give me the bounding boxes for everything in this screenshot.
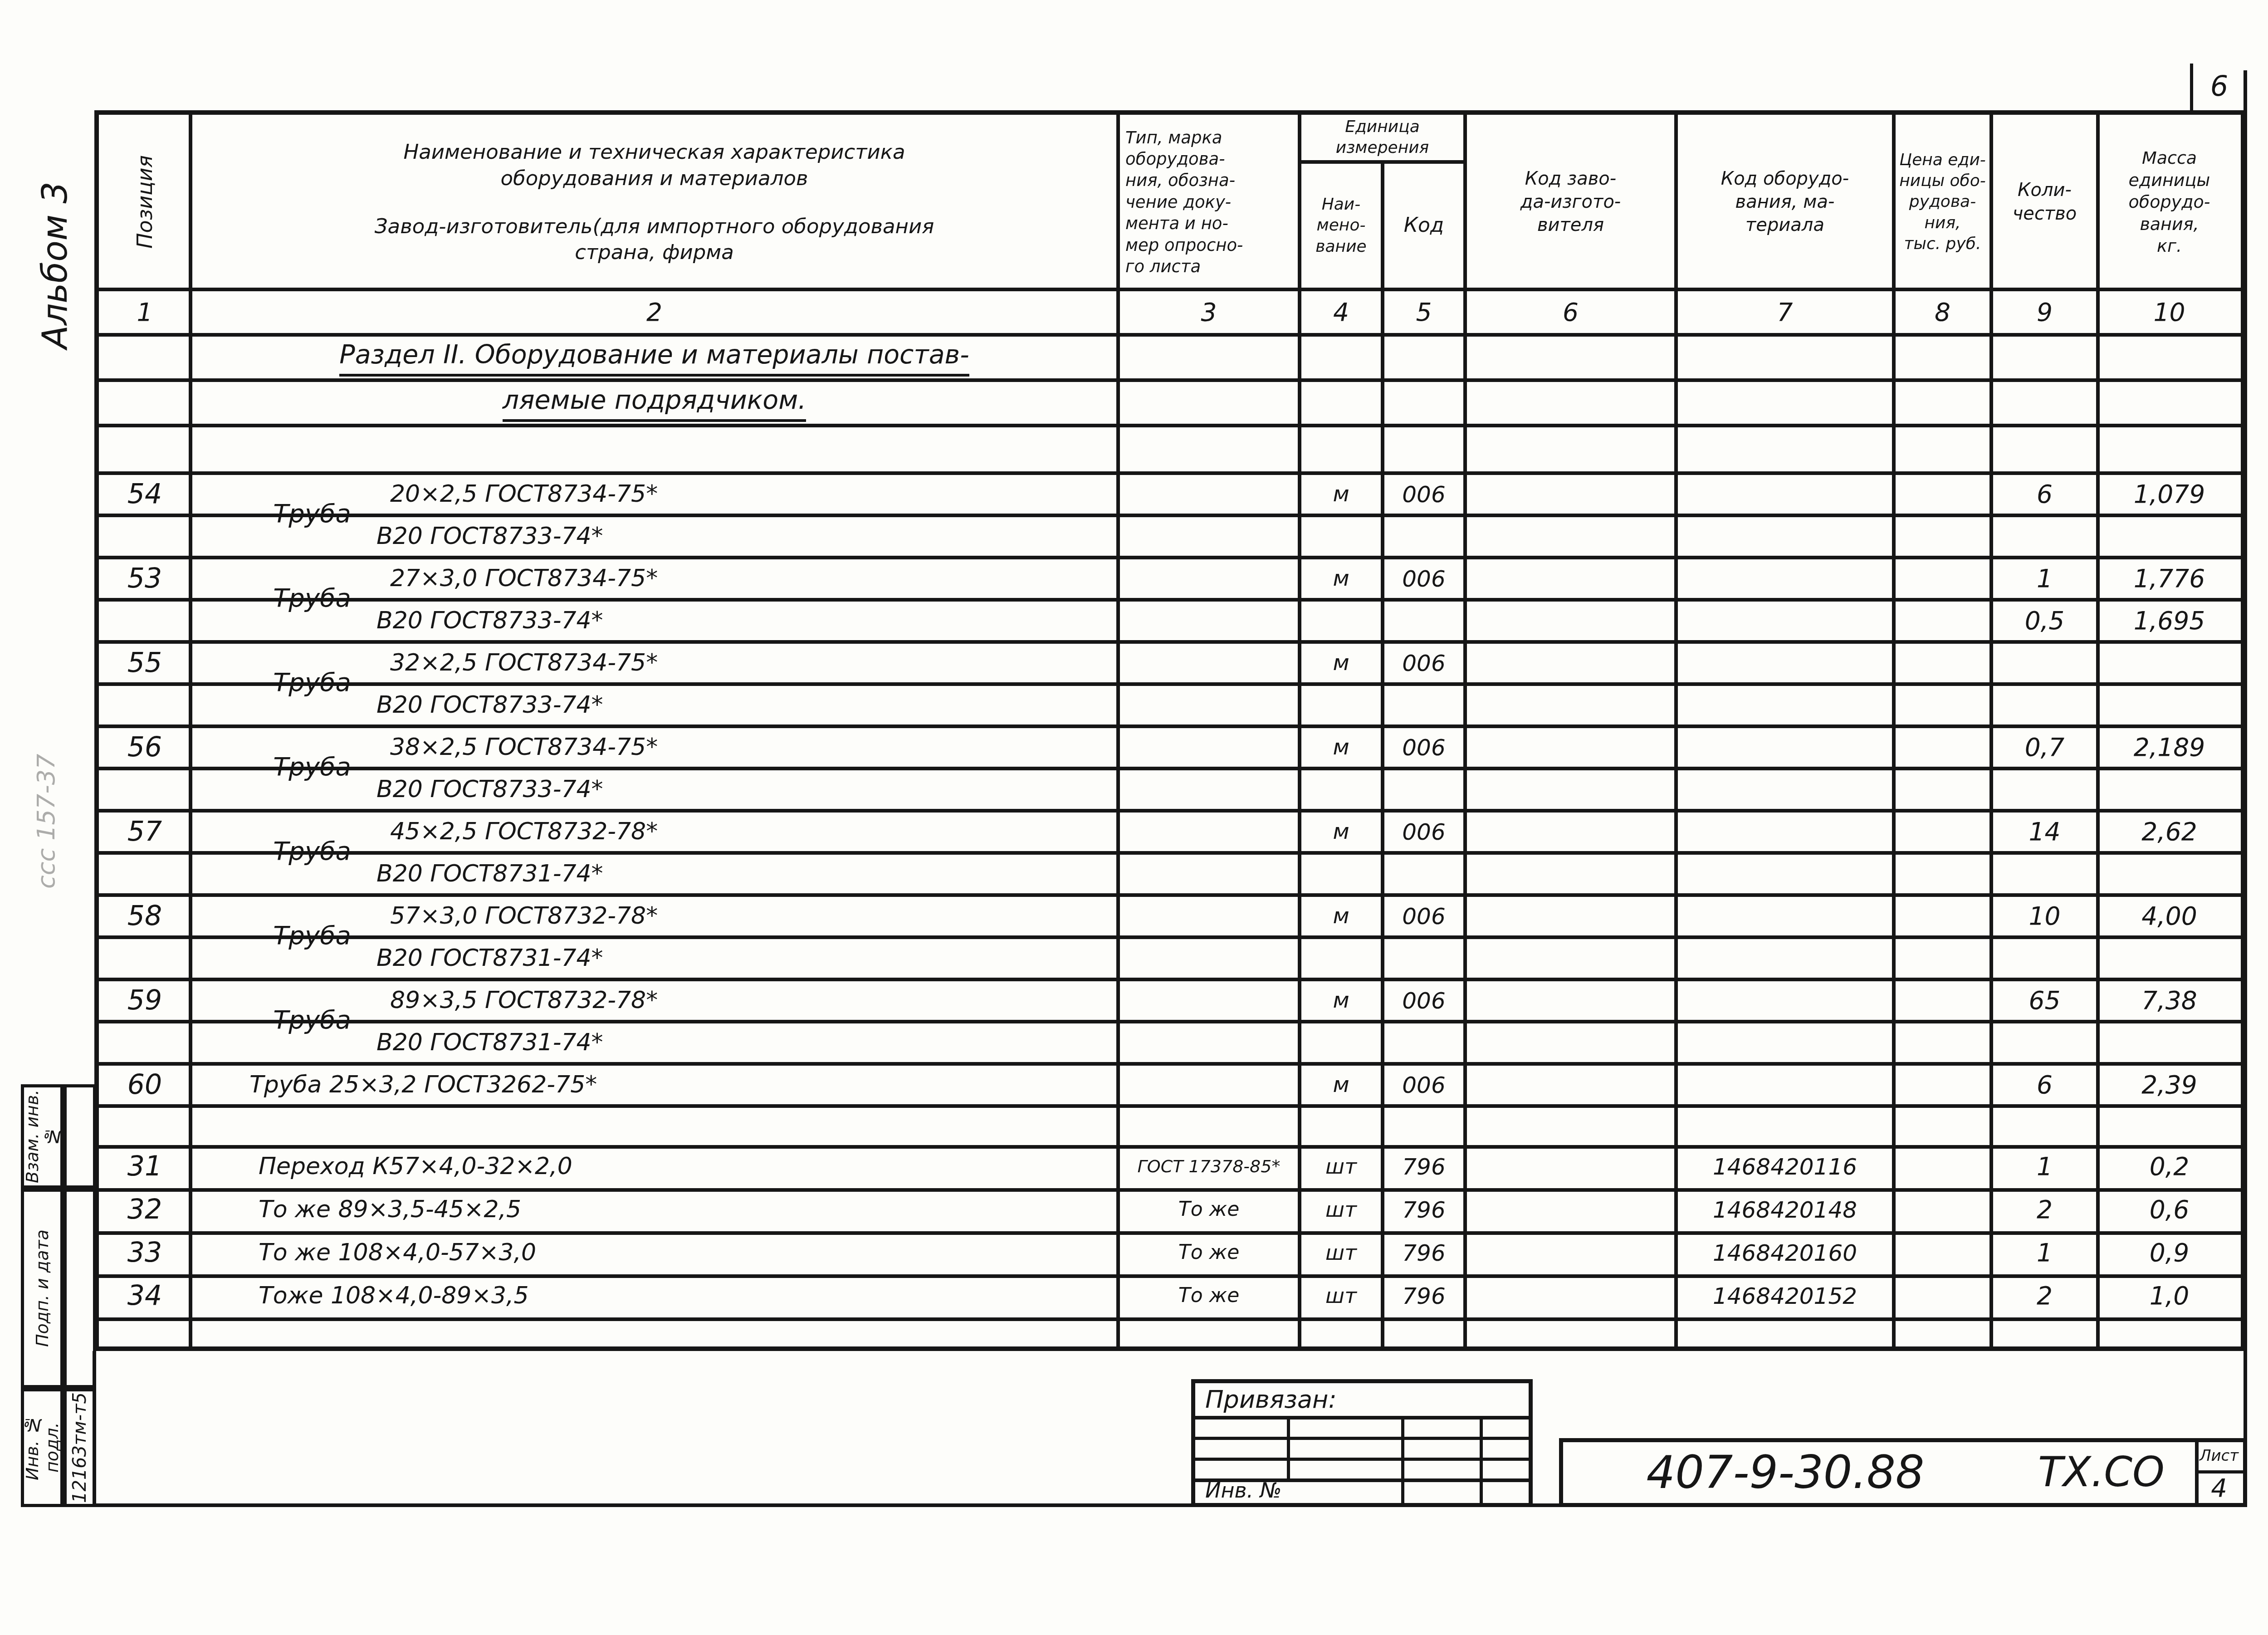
row-unit-code: 796 — [1383, 1231, 1465, 1274]
stamp-line — [1480, 1416, 1483, 1503]
stamp-value-vzam-inv — [64, 1084, 96, 1189]
row-pos: 32 — [99, 1188, 191, 1231]
page-number: 6 — [2193, 64, 2245, 109]
row-name: Тоже 108×4,0-89×3,5 — [191, 1274, 1118, 1317]
col-header-name-line2: оборудования и материалов — [501, 165, 808, 191]
row-pos: 56 — [99, 726, 191, 769]
row-pos: 60 — [99, 1064, 191, 1106]
col-header-unit-group: Единица измерения — [1300, 115, 1465, 160]
row-qty: 65 — [1991, 979, 2098, 1022]
row-qty: 2 — [1991, 1188, 2098, 1231]
col-header-price: Цена еди- ницы обо- рудова- ния, тыс. ру… — [1894, 115, 1991, 289]
col-header-unit-code: Код — [1383, 162, 1465, 289]
row-mass: 1,776 — [2098, 558, 2241, 600]
row-unit-code: 006 — [1383, 979, 1465, 1022]
row-unit: м — [1300, 558, 1383, 600]
section-title-line2: ляемые подрядчиком. — [191, 380, 1118, 426]
row-unit-code: 006 — [1383, 473, 1465, 515]
row-name: Труба 25×3,2 ГОСТ3262-75* — [191, 1064, 1118, 1106]
col-number: 1 — [99, 289, 191, 335]
section-title-line1-text: Раздел II. Оборудование и материалы пост… — [339, 338, 969, 377]
row-name-numerator: 27×3,0 ГОСТ8734-75* — [191, 558, 1118, 600]
col-number: 3 — [1118, 289, 1300, 335]
row-mass: 0,6 — [2098, 1188, 2241, 1231]
row-name-numerator: 32×2,5 ГОСТ8734-75* — [191, 642, 1118, 684]
row-mass: 4,00 — [2098, 895, 2241, 937]
stamp-title: Привязан: — [1195, 1383, 1531, 1416]
row-name-denominator: В20 ГОСТ8733-74* — [191, 600, 1118, 642]
row-name-numerator: 89×3,5 ГОСТ8732-78* — [191, 979, 1118, 1022]
row-mass: 1,079 — [2098, 473, 2241, 515]
row-unit: шт — [1300, 1145, 1383, 1188]
page-number-box-line — [2190, 64, 2193, 110]
stamp-line — [1195, 1437, 1529, 1440]
stamp-line — [1195, 1416, 1529, 1420]
row-mass: 0,2 — [2098, 1145, 2241, 1188]
row-qty: 2 — [1991, 1274, 2098, 1317]
row-qty: 1 — [1991, 1231, 2098, 1274]
doc-code: ТХ.СО — [2008, 1442, 2195, 1503]
col-header-name-line4: страна, фирма — [575, 239, 734, 265]
stamp-line — [1195, 1458, 1529, 1461]
row-pos: 55 — [99, 642, 191, 684]
row-mass-2: 1,695 — [2098, 600, 2241, 642]
row-unit-code: 006 — [1383, 726, 1465, 769]
row-qty: 0,7 — [1991, 726, 2098, 769]
row-equip-code: 1468420116 — [1676, 1145, 1894, 1188]
col-header-mass: Масса единицы оборудо- вания, кг. — [2098, 115, 2241, 289]
col-header-name: Наименование и техническая характеристик… — [191, 115, 1118, 289]
col-header-equip-code: Код оборудо- вания, ма- териала — [1676, 115, 1894, 289]
section-title-line1: Раздел II. Оборудование и материалы пост… — [191, 335, 1118, 380]
row-name-denominator: В20 ГОСТ8731-74* — [191, 937, 1118, 979]
margin-faint-note: ссс 157-37 — [24, 703, 69, 939]
row-unit: м — [1300, 895, 1383, 937]
row-unit: шт — [1300, 1188, 1383, 1231]
row-name-numerator: 57×3,0 ГОСТ8732-78* — [191, 895, 1118, 937]
row-name-denominator: В20 ГОСТ8731-74* — [191, 853, 1118, 895]
row-qty: 14 — [1991, 811, 2098, 853]
sheet-number: 4 — [2195, 1473, 2243, 1503]
row-doc: То же — [1118, 1274, 1300, 1317]
row-pos: 33 — [99, 1231, 191, 1274]
row-name-denominator: В20 ГОСТ8733-74* — [191, 769, 1118, 811]
col-number: 6 — [1465, 289, 1676, 335]
title-block: 407-9-30.88 ТХ.СО Лист 4 — [1559, 1438, 2247, 1507]
col-header-quantity: Коли- чество — [1991, 115, 2098, 289]
col-header-unit-name: Наи- мено- вание — [1300, 162, 1383, 289]
row-name-denominator: В20 ГОСТ8733-74* — [191, 684, 1118, 726]
row-name-denominator: В20 ГОСТ8731-74* — [191, 1022, 1118, 1064]
col-header-name-line3: Завод-изготовитель(для импортного оборуд… — [375, 213, 934, 240]
row-qty: 1 — [1991, 558, 2098, 600]
row-name-numerator: 45×2,5 ГОСТ8732-78* — [191, 811, 1118, 853]
row-unit-code: 006 — [1383, 895, 1465, 937]
row-qty-2: 0,5 — [1991, 600, 2098, 642]
row-unit: м — [1300, 979, 1383, 1022]
row-mass: 1,0 — [2098, 1274, 2241, 1317]
reference-stamp-box: Привязан: Инв. № — [1191, 1379, 1533, 1507]
scanned-specification-sheet: 6 Альбом 3 ссс 157-37 Взам. инв. № Подп.… — [0, 0, 2268, 1635]
row-pos: 34 — [99, 1274, 191, 1317]
stamp-line — [1401, 1416, 1404, 1503]
equipment-spec-table: Позиция Наименование и техническая харак… — [94, 110, 2245, 1351]
grid-line — [99, 1317, 2241, 1321]
row-qty: 6 — [1991, 1064, 2098, 1106]
row-mass: 0,9 — [2098, 1231, 2241, 1274]
row-pos: 53 — [99, 558, 191, 600]
row-unit: м — [1300, 1064, 1383, 1106]
row-name-denominator: В20 ГОСТ8733-74* — [191, 515, 1118, 558]
row-name-numerator: 38×2,5 ГОСТ8734-75* — [191, 726, 1118, 769]
row-unit: шт — [1300, 1274, 1383, 1317]
row-name: Переход К57×4,0-32×2,0 — [191, 1145, 1118, 1188]
col-number: 10 — [2098, 289, 2241, 335]
row-qty: 1 — [1991, 1145, 2098, 1188]
stamp-label-podp-data: Подп. и дата — [21, 1189, 64, 1388]
stamp-value-inv-podl: 12163тм-т5 — [64, 1388, 96, 1507]
row-pos: 54 — [99, 473, 191, 515]
row-unit-code: 796 — [1383, 1274, 1465, 1317]
col-number: 2 — [191, 289, 1118, 335]
row-mass: 2,62 — [2098, 811, 2241, 853]
stamp-label-vzam-inv: Взам. инв. № — [21, 1084, 64, 1189]
row-unit-code: 006 — [1383, 642, 1465, 684]
row-equip-code: 1468420160 — [1676, 1231, 1894, 1274]
row-doc: То же — [1118, 1231, 1300, 1274]
row-unit: м — [1300, 811, 1383, 853]
row-mass: 2,189 — [2098, 726, 2241, 769]
row-unit: м — [1300, 642, 1383, 684]
row-pos: 31 — [99, 1145, 191, 1188]
col-header-position: Позиция — [99, 115, 191, 289]
row-name: То же 108×4,0-57×3,0 — [191, 1231, 1118, 1274]
row-unit-code: 006 — [1383, 1064, 1465, 1106]
col-header-name-line1: Наименование и техническая характеристик… — [403, 139, 905, 165]
row-pos: 58 — [99, 895, 191, 937]
row-mass: 2,39 — [2098, 1064, 2241, 1106]
section-title-line2-text: ляемые подрядчиком. — [503, 384, 807, 422]
row-name: То же 89×3,5-45×2,5 — [191, 1188, 1118, 1231]
row-doc: То же — [1118, 1188, 1300, 1231]
row-pos: 59 — [99, 979, 191, 1022]
stamp-label-inv-podl: Инв. № подл. — [21, 1388, 64, 1507]
row-equip-code: 1468420148 — [1676, 1188, 1894, 1231]
stamp-value-podp-data — [64, 1189, 96, 1388]
row-unit-code: 796 — [1383, 1145, 1465, 1188]
col-number: 5 — [1383, 289, 1465, 335]
row-unit: м — [1300, 473, 1383, 515]
row-pos: 57 — [99, 811, 191, 853]
album-note: Альбом 3 — [21, 181, 89, 349]
stamp-inv-label: Инв. № — [1195, 1478, 1399, 1502]
col-header-factory-code: Код заво- да-изгото- вителя — [1465, 115, 1676, 289]
row-unit-code: 796 — [1383, 1188, 1465, 1231]
row-mass: 7,38 — [2098, 979, 2241, 1022]
sheet-label: Лист — [2195, 1442, 2243, 1470]
row-unit: м — [1300, 726, 1383, 769]
stamp-line — [1287, 1416, 1290, 1478]
row-qty: 10 — [1991, 895, 2098, 937]
row-qty: 6 — [1991, 473, 2098, 515]
row-equip-code: 1468420152 — [1676, 1274, 1894, 1317]
col-number: 4 — [1300, 289, 1383, 335]
row-unit-code: 006 — [1383, 811, 1465, 853]
doc-number: 407-9-30.88 — [1563, 1442, 2008, 1503]
col-number: 8 — [1894, 289, 1991, 335]
col-number: 9 — [1991, 289, 2098, 335]
row-name-numerator: 20×2,5 ГОСТ8734-75* — [191, 473, 1118, 515]
row-unit-code: 006 — [1383, 558, 1465, 600]
row-doc: ГОСТ 17378-85* — [1118, 1145, 1300, 1188]
col-number: 7 — [1676, 289, 1894, 335]
row-unit: шт — [1300, 1231, 1383, 1274]
col-header-type-doc: Тип, марка оборудова- ния, обозна- чение… — [1118, 115, 1300, 289]
